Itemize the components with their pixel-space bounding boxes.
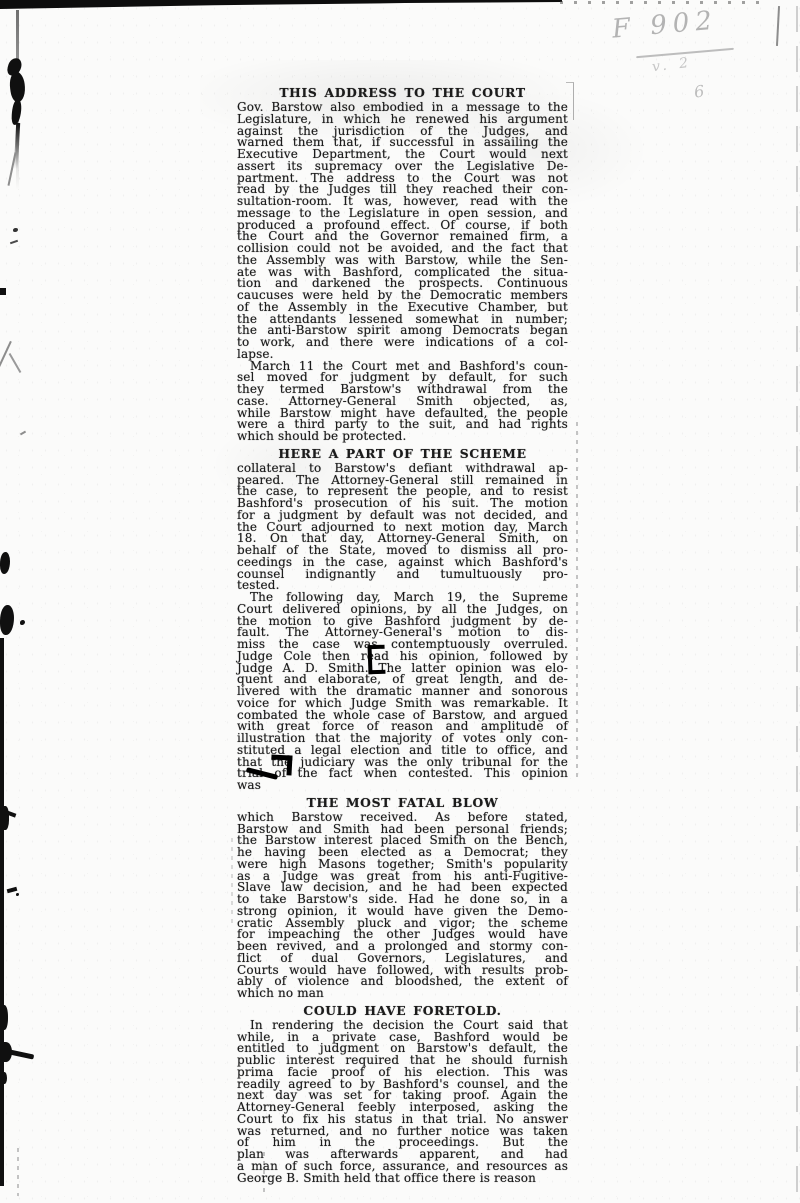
speck-artifact — [13, 228, 18, 232]
edge-blot-artifact — [2, 1072, 7, 1084]
handwritten-volume-note: v. 2 — [651, 55, 693, 76]
handwritten-catalog-number: F 902 — [611, 5, 719, 44]
paragraph: In rendering the decision the Court said… — [237, 1020, 568, 1185]
column-rule-artifact — [231, 838, 233, 926]
ink-bracket-annotation — [367, 645, 385, 675]
speck-artifact — [20, 620, 25, 625]
text-line: to work, and there were indications of a… — [237, 337, 568, 349]
article-heading: THE MOST FATAL BLOW — [237, 796, 568, 809]
ink-smudge — [11, 99, 22, 126]
speck-artifact — [10, 240, 18, 245]
edge-blot-artifact — [0, 552, 10, 574]
text-line: George B. Smith held that office there i… — [237, 1173, 568, 1185]
edge-blot-artifact — [0, 1005, 8, 1030]
edge-blot-artifact — [0, 288, 6, 295]
scanned-newspaper-page: F 902 v. 2 6 THIS ADDRESS TO THE COURTGo… — [0, 0, 800, 1203]
column-rule-artifact — [576, 422, 578, 782]
paragraph: March 11 the Court met and Bashford's co… — [237, 361, 568, 443]
article-column: THIS ADDRESS TO THE COURTGov. Barstow al… — [237, 82, 568, 1184]
page-edge-line — [776, 6, 780, 46]
text-line: which should be protected. — [237, 431, 568, 443]
paragraph: Gov. Barstow also embodied in a message … — [237, 102, 568, 361]
paragraph: which Barstow received. As before stated… — [237, 812, 568, 1000]
scan-edge-artifact — [0, 0, 562, 9]
scratch-artifact — [9, 353, 22, 373]
text-line: was — [237, 780, 568, 792]
scan-edge-specks — [560, 1, 760, 4]
paragraph: collateral to Barstow's defiant withdraw… — [237, 463, 568, 592]
text-line: counsel indignantly and tumultuously pro… — [237, 569, 568, 581]
edge-blot-artifact — [0, 806, 9, 830]
text-line: which no man — [237, 988, 568, 1000]
ink-bracket-annotation — [270, 754, 292, 775]
handwritten-page-note: 6 — [693, 81, 706, 101]
article-heading: HERE A PART OF THE SCHEME — [237, 447, 568, 460]
article-heading: COULD HAVE FORETOLD. — [237, 1004, 568, 1017]
ink-smudge-tail — [14, 123, 20, 169]
edge-blot-artifact — [0, 605, 14, 635]
speck-artifact — [16, 893, 19, 896]
article-heading: THIS ADDRESS TO THE COURT — [237, 86, 568, 99]
speck-artifact — [20, 431, 26, 436]
ink-smudge-tail — [9, 1049, 34, 1059]
faint-rule-artifact — [17, 1148, 19, 1196]
binding-strip-artifact — [0, 638, 4, 1186]
page-edge-line — [796, 6, 798, 1196]
